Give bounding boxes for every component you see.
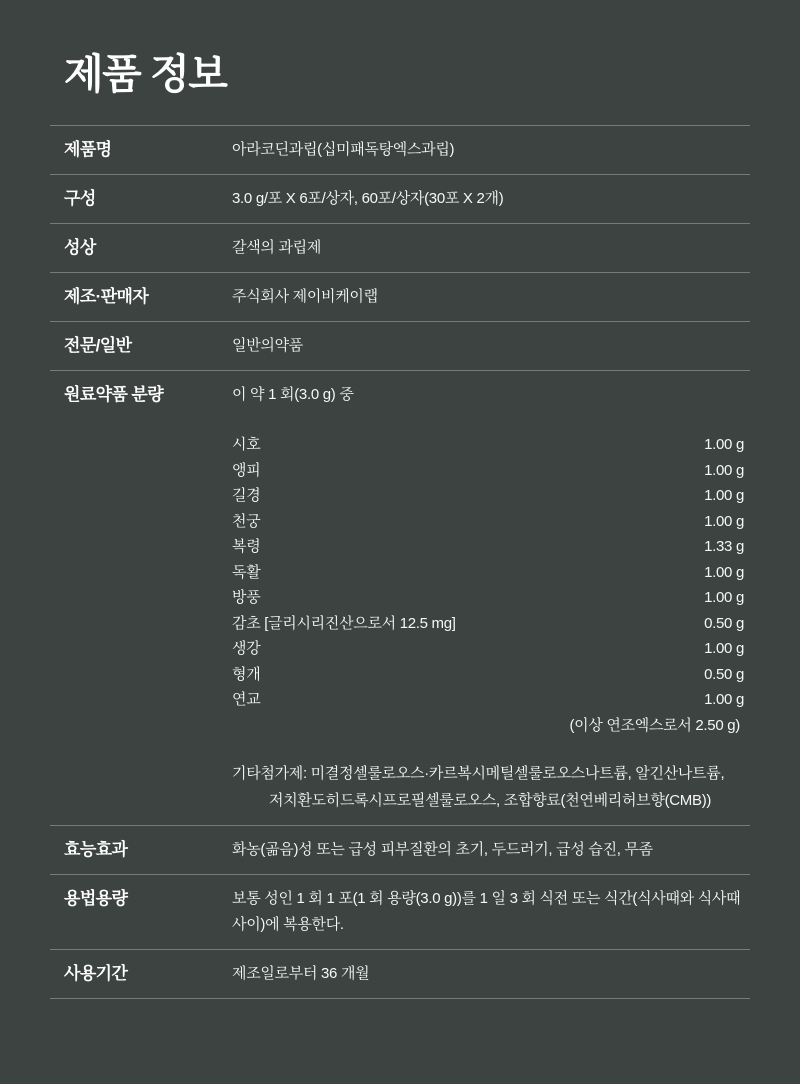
row-value: 주식회사 제이비케이랩 bbox=[232, 284, 750, 310]
ingredient-name: 복령 bbox=[232, 534, 260, 560]
row-value: 3.0 g/포 X 6포/상자, 60포/상자(30포 X 2개) bbox=[232, 186, 750, 212]
ingredient-name: 시호 bbox=[232, 432, 260, 458]
page-title: 제품 정보 bbox=[0, 0, 800, 98]
ingredient-amount: 1.00 g bbox=[704, 636, 744, 662]
row-value: 일반의약품 bbox=[232, 333, 750, 359]
row-label: 효능효과 bbox=[64, 837, 232, 863]
row-ingredients: 원료약품 분량 이 약 1 회(3.0 g) 중 시호 1.00 g 앵피 1.… bbox=[50, 370, 750, 825]
ingredient-row: 감초 [글리시리진산으로서 12.5 mg] 0.50 g bbox=[232, 611, 744, 637]
ingredient-row: 길경 1.00 g bbox=[232, 483, 744, 509]
ingredient-amount: 1.00 g bbox=[704, 509, 744, 535]
additives-line-1: 기타첨가제: 미결정셀룰로오스·카르복시메틸셀룰로오스나트륨, 알긴산나트륨, bbox=[232, 760, 748, 787]
row-value: 제조일로부터 36 개월 bbox=[232, 961, 750, 987]
ingredients-intro: 이 약 1 회(3.0 g) 중 bbox=[232, 382, 748, 408]
info-table: 제품명 아라코딘과립(십미패독탕엑스과립) 구성 3.0 g/포 X 6포/상자… bbox=[50, 125, 750, 999]
row-label: 구성 bbox=[64, 186, 232, 212]
ingredient-amount: 0.50 g bbox=[704, 662, 744, 688]
row-value: 아라코딘과립(십미패독탕엑스과립) bbox=[232, 137, 750, 163]
ingredient-row: 방풍 1.00 g bbox=[232, 585, 744, 611]
row-label: 성상 bbox=[64, 235, 232, 261]
ingredient-amount: 1.00 g bbox=[704, 458, 744, 484]
row-value: 화농(곪음)성 또는 급성 피부질환의 초기, 두드러기, 급성 습진, 무좀 bbox=[232, 837, 750, 863]
row-label: 용법용량 bbox=[64, 886, 232, 912]
ingredient-row: 연교 1.00 g bbox=[232, 687, 744, 713]
ingredients-total-note: (이상 연조엑스로서 2.50 g) bbox=[232, 713, 744, 739]
row-shelf-life: 사용기간 제조일로부터 36 개월 bbox=[50, 949, 750, 998]
ingredient-name: 천궁 bbox=[232, 509, 260, 535]
row-composition: 구성 3.0 g/포 X 6포/상자, 60포/상자(30포 X 2개) bbox=[50, 174, 750, 223]
ingredient-amount: 1.00 g bbox=[704, 560, 744, 586]
ingredient-amount: 1.00 g bbox=[704, 432, 744, 458]
ingredients-list: 시호 1.00 g 앵피 1.00 g 길경 1.00 g 천궁 1.00 g bbox=[232, 432, 748, 738]
ingredient-name: 독활 bbox=[232, 560, 260, 586]
row-label: 전문/일반 bbox=[64, 333, 232, 359]
row-product-name: 제품명 아라코딘과립(십미패독탕엑스과립) bbox=[50, 125, 750, 174]
row-label: 사용기간 bbox=[64, 961, 232, 987]
ingredient-amount: 1.00 g bbox=[704, 585, 744, 611]
ingredient-amount: 0.50 g bbox=[704, 611, 744, 637]
ingredient-row: 생강 1.00 g bbox=[232, 636, 744, 662]
row-label: 원료약품 분량 bbox=[64, 382, 232, 408]
row-value: 갈색의 과립제 bbox=[232, 235, 750, 261]
ingredient-name: 생강 bbox=[232, 636, 260, 662]
ingredient-row: 시호 1.00 g bbox=[232, 432, 744, 458]
ingredient-name: 형개 bbox=[232, 662, 260, 688]
ingredient-name: 앵피 bbox=[232, 458, 260, 484]
ingredient-name: 방풍 bbox=[232, 585, 260, 611]
ingredient-name: 연교 bbox=[232, 687, 260, 713]
additives-note: 기타첨가제: 미결정셀룰로오스·카르복시메틸셀룰로오스나트륨, 알긴산나트륨, … bbox=[232, 760, 748, 814]
row-appearance: 성상 갈색의 과립제 bbox=[50, 223, 750, 272]
ingredient-amount: 1.33 g bbox=[704, 534, 744, 560]
ingredient-row: 형개 0.50 g bbox=[232, 662, 744, 688]
row-dosage: 용법용량 보통 성인 1 회 1 포(1 회 용량(3.0 g))를 1 일 3… bbox=[50, 874, 750, 949]
row-classification: 전문/일반 일반의약품 bbox=[50, 321, 750, 370]
row-manufacturer: 제조·판매자 주식회사 제이비케이랩 bbox=[50, 272, 750, 321]
ingredient-row: 복령 1.33 g bbox=[232, 534, 744, 560]
ingredient-name: 길경 bbox=[232, 483, 260, 509]
additives-line-2: 저치환도히드록시프로필셀룰로오스, 조합향료(천연베리허브향(CMB)) bbox=[269, 787, 748, 814]
ingredient-row: 앵피 1.00 g bbox=[232, 458, 744, 484]
ingredient-row: 독활 1.00 g bbox=[232, 560, 744, 586]
ingredient-row: 천궁 1.00 g bbox=[232, 509, 744, 535]
ingredient-name: 감초 [글리시리진산으로서 12.5 mg] bbox=[232, 611, 456, 637]
ingredient-amount: 1.00 g bbox=[704, 483, 744, 509]
row-value: 보통 성인 1 회 1 포(1 회 용량(3.0 g))를 1 일 3 회 식전… bbox=[232, 886, 750, 938]
ingredient-amount: 1.00 g bbox=[704, 687, 744, 713]
row-label: 제조·판매자 bbox=[64, 284, 232, 310]
row-label: 제품명 bbox=[64, 137, 232, 163]
row-efficacy: 효능효과 화농(곪음)성 또는 급성 피부질환의 초기, 두드러기, 급성 습진… bbox=[50, 825, 750, 874]
ingredients-section: 이 약 1 회(3.0 g) 중 시호 1.00 g 앵피 1.00 g 길경 … bbox=[232, 382, 750, 814]
product-info-page: 제품 정보 제품명 아라코딘과립(십미패독탕엑스과립) 구성 3.0 g/포 X… bbox=[0, 0, 800, 1084]
